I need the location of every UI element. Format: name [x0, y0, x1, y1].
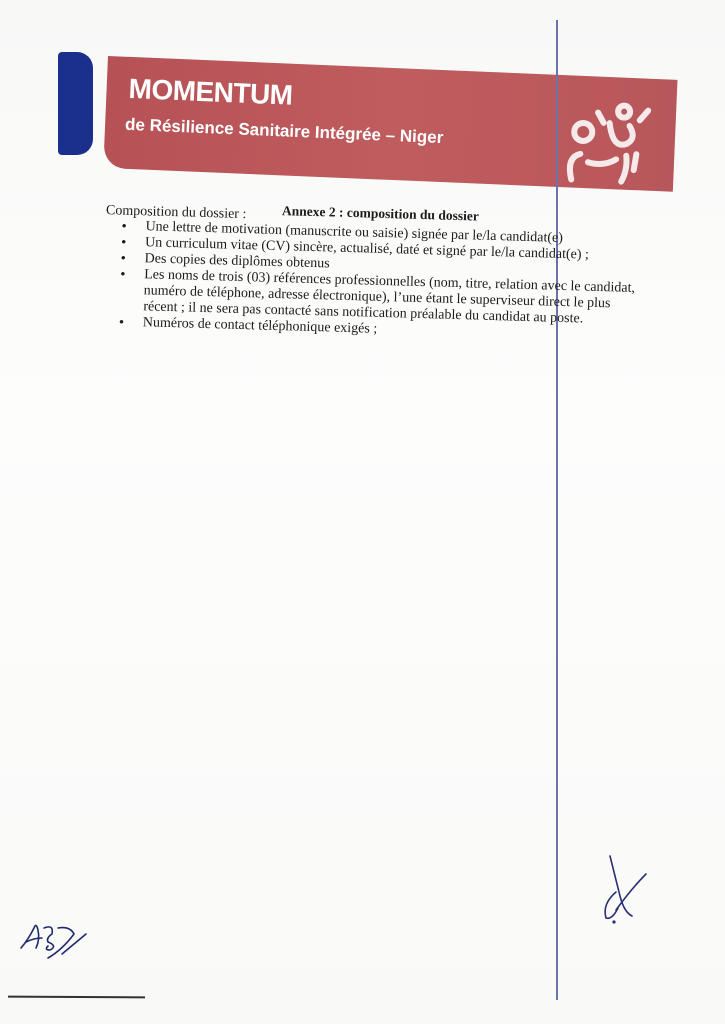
brand-title: MOMENTUM: [128, 73, 293, 112]
brand-subtitle: de Résilience Sanitaire Intégrée – Niger: [125, 115, 444, 148]
handwritten-initials-icon: [596, 852, 648, 932]
annex-title: Annexe 2 : composition du dossier: [282, 203, 479, 224]
requirements-list: Une lettre de motivation (manuscrite ou …: [119, 219, 642, 345]
vertical-scan-line: [556, 20, 558, 1000]
header-banner: MOMENTUM de Résilience Sanitaire Intégré…: [103, 56, 677, 192]
scanned-page: MOMENTUM de Résilience Sanitaire Intégré…: [0, 0, 725, 1024]
document-body: Annexe 2 : composition du dossier Compos…: [6, 0, 725, 18]
signature-line: [8, 996, 145, 998]
header-blue-tab: [58, 52, 93, 155]
family-figures-logo-icon: [559, 95, 663, 189]
handwritten-signature-icon: [18, 920, 93, 970]
